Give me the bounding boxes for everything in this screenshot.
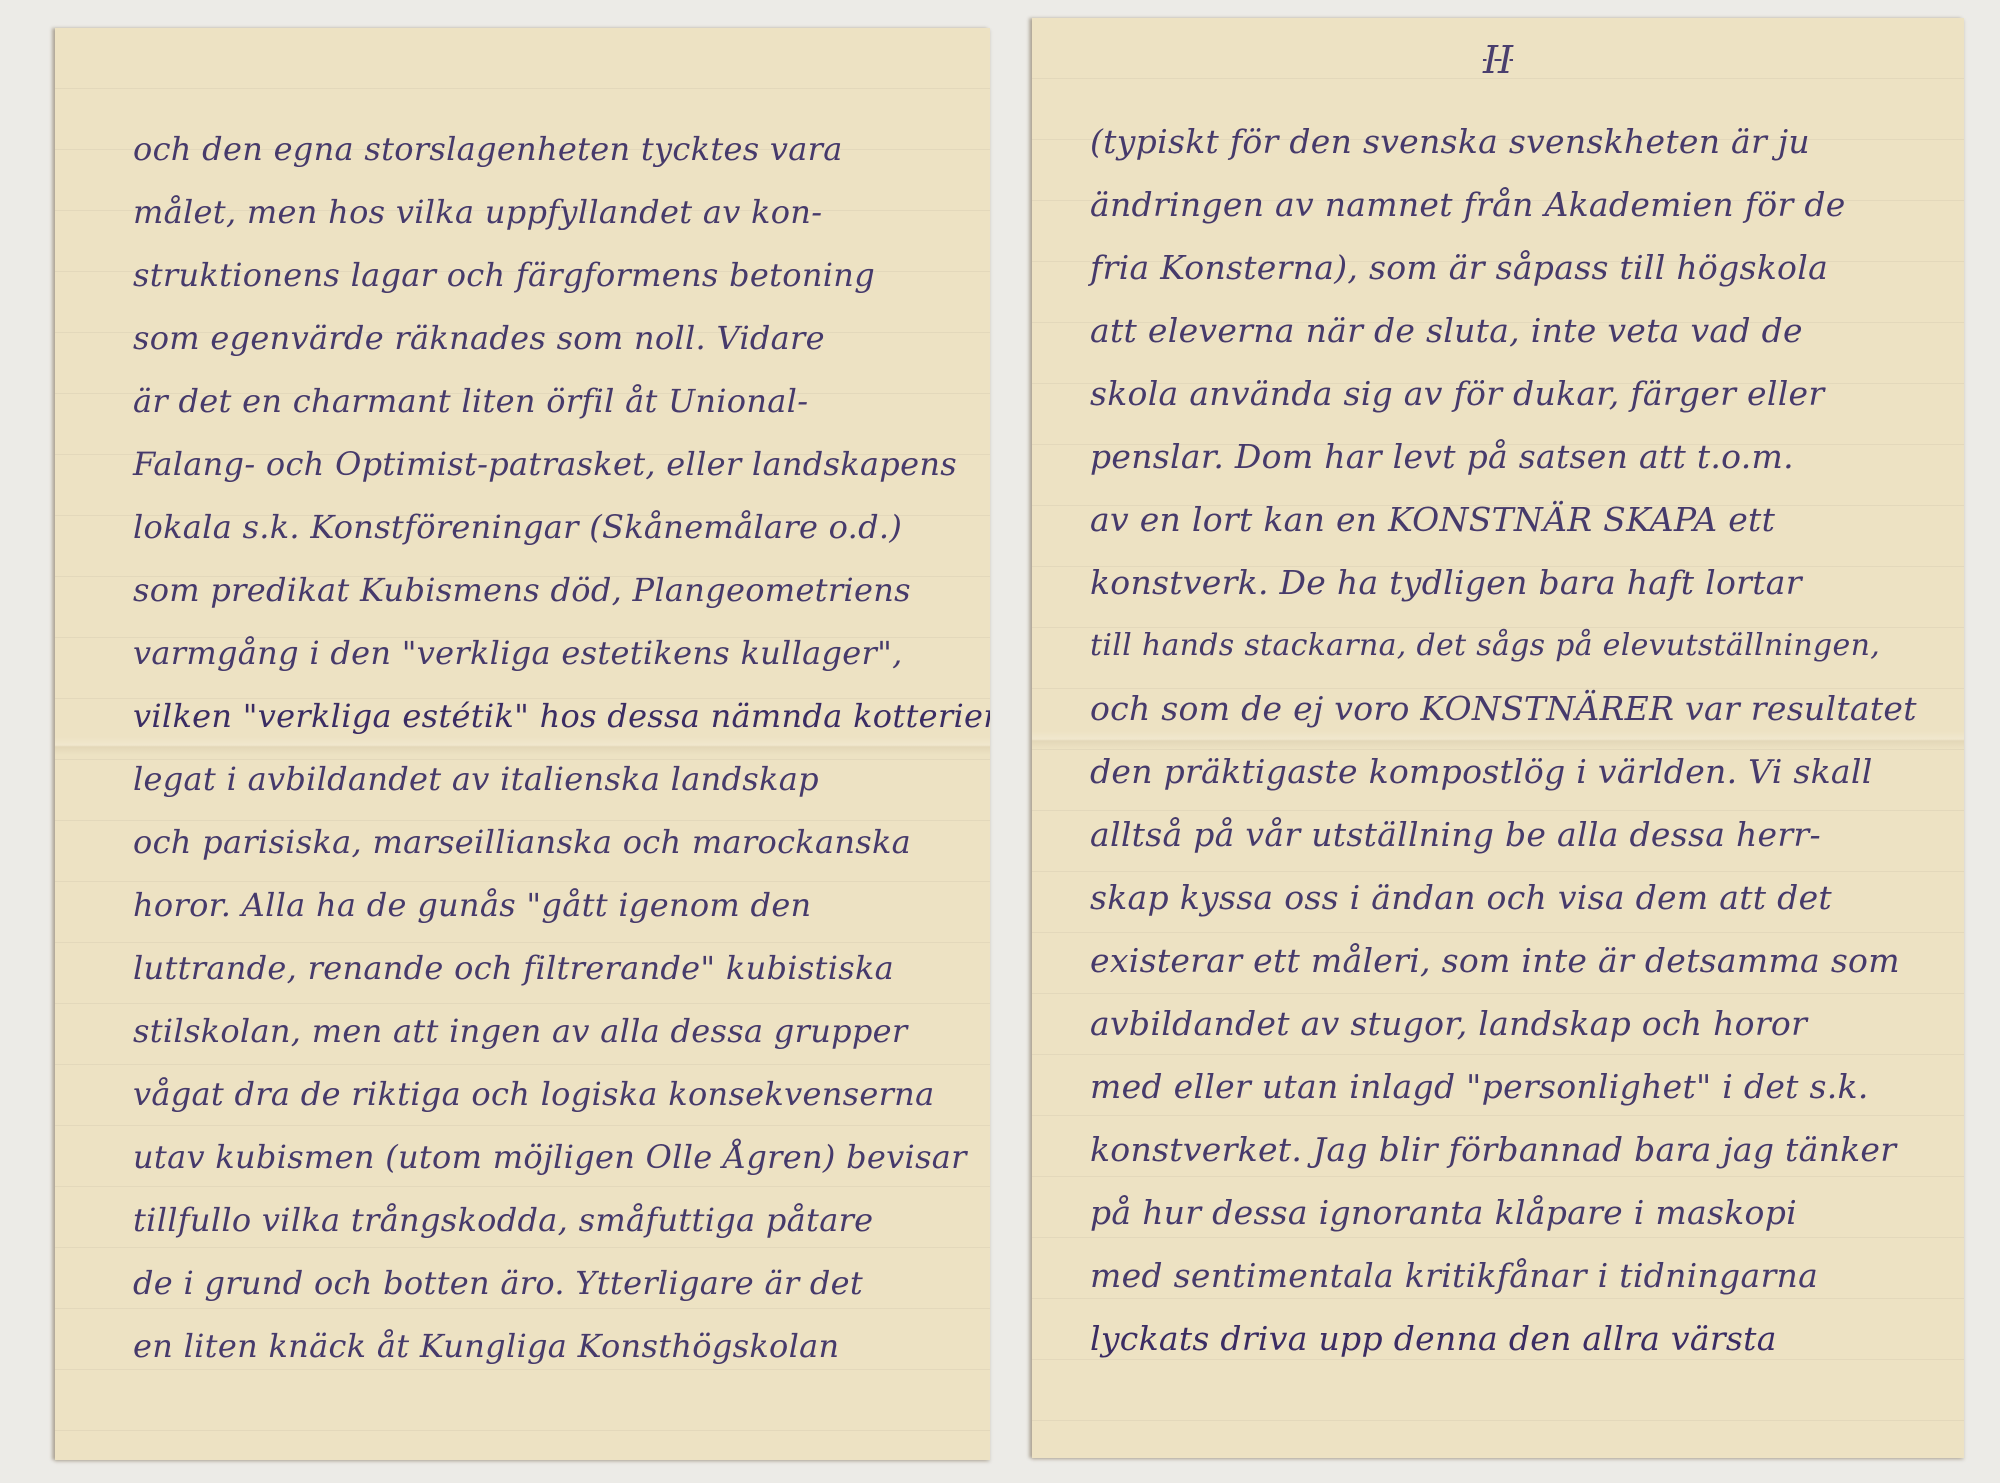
text-line: tillfullo vilka trångskodda, småfuttiga … — [133, 1189, 960, 1252]
text-line: lyckats driva upp denna den allra värsta — [1090, 1307, 1934, 1370]
text-line: som egenvärde räknades som noll. Vidare — [133, 307, 960, 370]
text-line: den präktigaste kompostlög i världen. Vi… — [1090, 740, 1934, 803]
text-line: stilskolan, men att ingen av alla dessa … — [133, 1000, 960, 1063]
text-line: avbildandet av stugor, landskap och horo… — [1090, 992, 1934, 1055]
text-line: skap kyssa oss i ändan och visa dem att … — [1090, 866, 1934, 929]
right-page-text: (typiskt för den svenska svenskheten är … — [1090, 110, 1934, 1370]
text-line: som predikat Kubismens död, Plangeometri… — [133, 559, 960, 622]
text-line: och parisiska, marseillianska och marock… — [133, 811, 960, 874]
text-line: och som de ej voro KONSTNÄRER var result… — [1090, 677, 1934, 740]
text-line: existerar ett måleri, som inte är detsam… — [1090, 929, 1934, 992]
text-line: målet, men hos vilka uppfyllandet av kon… — [133, 181, 960, 244]
text-line: på hur dessa ignoranta klåpare i maskopi — [1090, 1181, 1934, 1244]
text-line: vågat dra de riktiga och logiska konsekv… — [133, 1063, 960, 1126]
text-line: av en lort kan en KONSTNÄR SKAPA ett — [1090, 488, 1934, 551]
text-line: penslar. Dom har levt på satsen att t.o.… — [1090, 425, 1934, 488]
page-number: II — [1032, 38, 1964, 82]
text-line: de i grund och botten äro. Ytterligare ä… — [133, 1252, 960, 1315]
text-line: och den egna storslagenheten tycktes var… — [133, 118, 960, 181]
text-line: luttrande, renande och filtrerande" kubi… — [133, 937, 960, 1000]
text-line: (typiskt för den svenska svenskheten är … — [1090, 110, 1934, 173]
text-line: legat i avbildandet av italienska landsk… — [133, 748, 960, 811]
text-line: konstverk. De ha tydligen bara haft lort… — [1090, 551, 1934, 614]
text-line: Falang- och Optimist-patrasket, eller la… — [133, 433, 960, 496]
text-line: struktionens lagar och färgformens beton… — [133, 244, 960, 307]
text-line: skola använda sig av för dukar, färger e… — [1090, 362, 1934, 425]
text-line: en liten knäck åt Kungliga Konsthögskola… — [133, 1315, 960, 1378]
left-page: och den egna storslagenheten tycktes var… — [55, 28, 990, 1460]
text-line: varmgång i den "verkliga estetikens kull… — [133, 622, 960, 685]
text-line: med sentimentala kritikfånar i tidningar… — [1090, 1244, 1934, 1307]
text-line: fria Konsterna), som är såpass till högs… — [1090, 236, 1934, 299]
text-line: vilken "verkliga estétik" hos dessa nämn… — [133, 685, 960, 748]
text-line: utav kubismen (utom möjligen Olle Ågren)… — [133, 1126, 960, 1189]
text-line: till hands stackarna, det sågs på elevut… — [1090, 614, 1934, 677]
text-line: horor. Alla ha de gunås "gått igenom den — [133, 874, 960, 937]
text-line: konstverket. Jag blir förbannad bara jag… — [1090, 1118, 1934, 1181]
left-page-text: och den egna storslagenheten tycktes var… — [133, 118, 960, 1378]
text-line: med eller utan inlagd "personlighet" i d… — [1090, 1055, 1934, 1118]
text-line: att eleverna när de sluta, inte veta vad… — [1090, 299, 1934, 362]
text-line: lokala s.k. Konstföreningar (Skånemålare… — [133, 496, 960, 559]
text-line: alltså på vår utställning be alla dessa … — [1090, 803, 1934, 866]
text-line: ändringen av namnet från Akademien för d… — [1090, 173, 1934, 236]
right-page: II (typiskt för den svenska svenskheten … — [1032, 18, 1964, 1458]
text-line: är det en charmant liten örfil åt Uniona… — [133, 370, 960, 433]
